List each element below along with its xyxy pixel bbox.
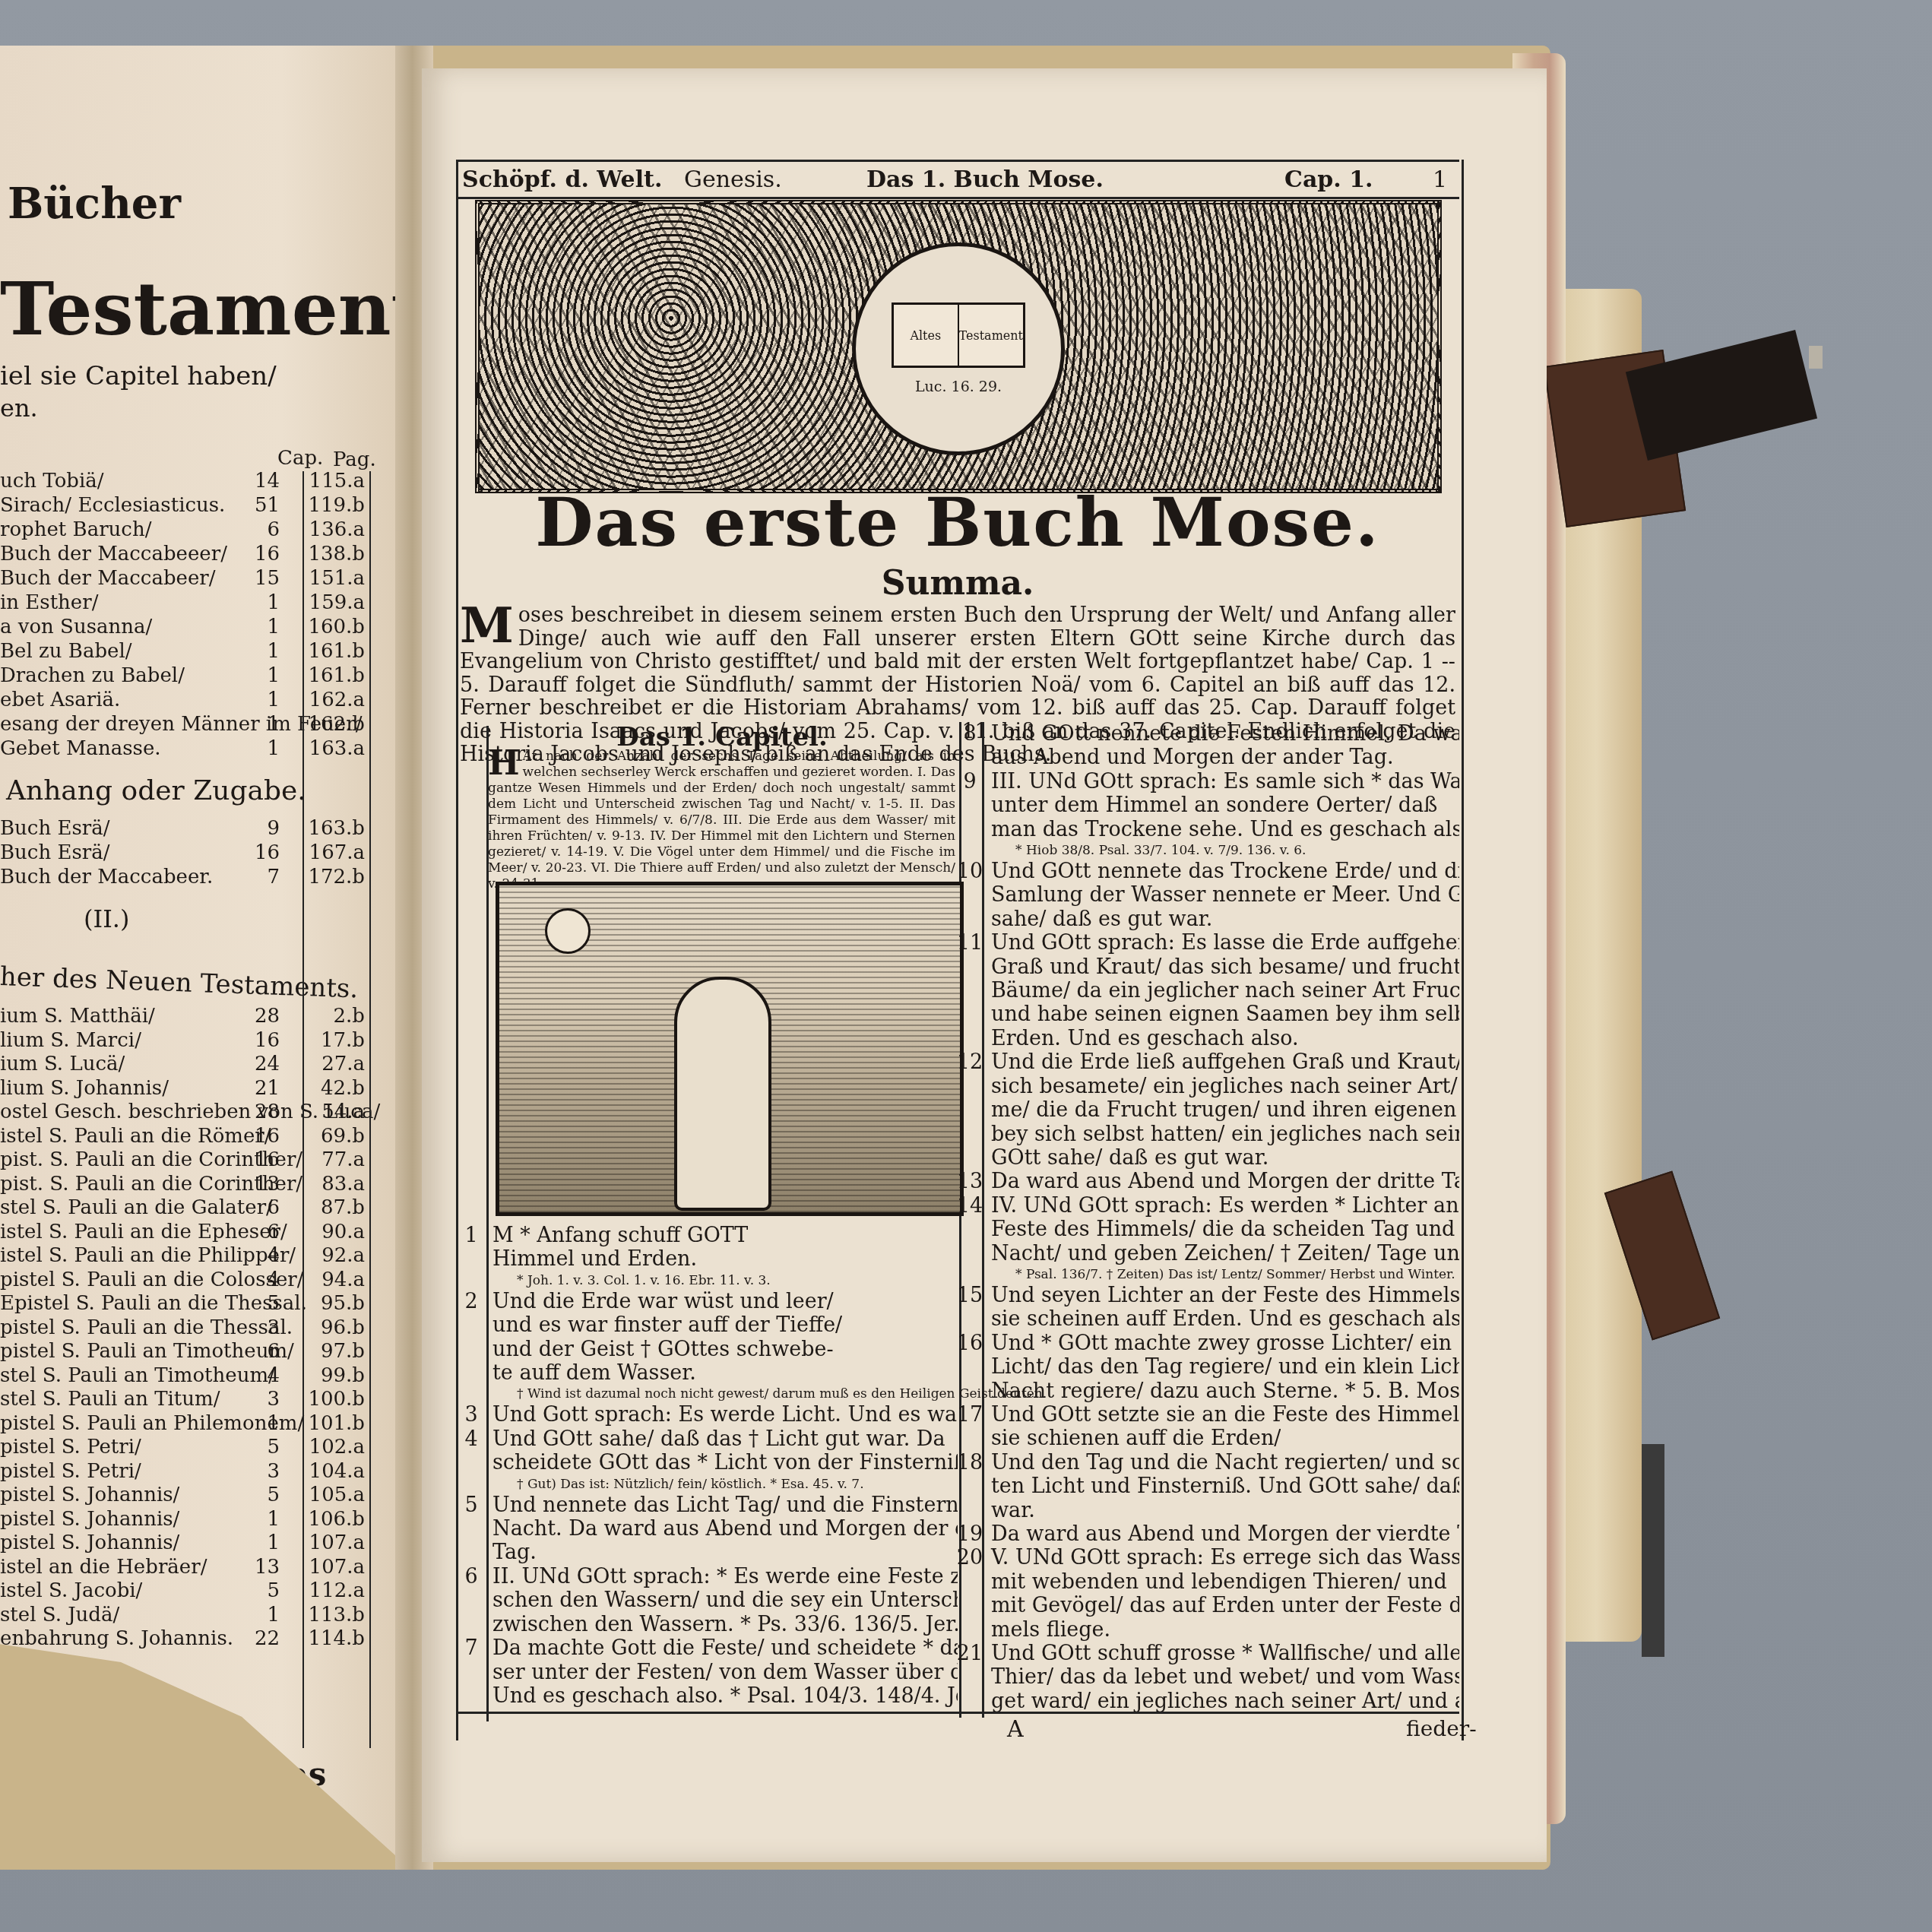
toc-chapter-count: 22 [255, 1627, 280, 1650]
verse-number [955, 1379, 985, 1403]
toc-row: Sirach/ Ecclesiasticus.51119.b [0, 494, 365, 518]
verse-line: 10Und GOtt nennete das Trockene Erde/ un… [955, 860, 1459, 883]
toc-chapter-count: 13 [255, 1556, 280, 1579]
toc-row: pistel S. Petri/3104.a [0, 1460, 365, 1484]
toc-row: pistel S. Petri/5102.a [0, 1436, 365, 1460]
verse-text: unter dem Himmel an sondere Oerter/ daß [985, 793, 1437, 817]
verse-number [955, 1499, 985, 1522]
toc-page-ref: 113.b [289, 1604, 365, 1626]
toc-row: a von Susanna/1160.b [0, 616, 365, 640]
toc-chapter-count: 4 [267, 1268, 280, 1291]
toc-page-ref: 163.b [289, 817, 365, 840]
verse-footnote: * Hiob 38/8. Psal. 33/7. 104. v. 7/9. 13… [955, 841, 1459, 860]
toc-book-name: pistel S. Pauli an die Colosser/ [0, 1268, 304, 1291]
toc-book-name: stel S. Pauli an Titum/ [0, 1388, 220, 1411]
toc-chapter-count: 6 [267, 1196, 280, 1219]
verse-text: mit Gevögel/ das auf Erden unter der Fes… [985, 1594, 1459, 1617]
toc-row: stel S. Pauli an Timotheum/499.b [0, 1364, 365, 1389]
verse-line: Thier/ das da lebet und webet/ und vom W… [955, 1665, 1459, 1689]
running-head-latin: Genesis. [684, 166, 782, 193]
medallion: Altes Testament Luc. 16. 29. [852, 242, 1065, 455]
toc-book-name: pistel S. Petri/ [0, 1436, 141, 1459]
verse-number: 16 [955, 1332, 985, 1355]
verse-text: get ward/ ein jegliches nach seiner Art/… [985, 1690, 1459, 1713]
toc-chapter-count: 4 [267, 1244, 280, 1267]
verse-number [955, 1427, 985, 1450]
verse-line: sie scheinen auff Erden. Und es geschach… [955, 1307, 1459, 1331]
verse-number [955, 1665, 985, 1689]
verse-number: 5 [456, 1493, 486, 1517]
toc-page-ref: 94.a [289, 1268, 365, 1291]
toc-book-name: Buch Esrä/ [0, 817, 109, 840]
toc-chapter-count: 1 [267, 640, 280, 663]
verse-number [955, 841, 985, 860]
toc-book-name: pistel S. Petri/ [0, 1460, 141, 1483]
toc-row: ebet Asariä.1162.a [0, 689, 365, 713]
lower-clasp-strap [1642, 1444, 1664, 1657]
toc-row: stel S. Pauli an Titum/3100.b [0, 1388, 365, 1412]
running-head-topic: Schöpf. d. Welt. [462, 166, 662, 193]
toc-chapter-count: 16 [255, 1029, 280, 1052]
open-book-icon: Altes Testament [892, 302, 1025, 368]
verse-text: te auff dem Wasser. [486, 1361, 696, 1385]
toc-heading-top: Bücher [8, 179, 181, 229]
verse-line: Nacht regiere/ dazu auch Sterne. * 5. B.… [955, 1379, 1459, 1403]
verse-line: und habe seinen eignen Saamen bey ihm se… [955, 1002, 1459, 1026]
toc-chapter-count: 1 [267, 1604, 280, 1626]
verse-footnote: * Psal. 136/7. † Zeiten) Das ist/ Lentz/… [955, 1265, 1459, 1284]
verse-line: 1M * Anfang schuff GOTT [456, 1224, 958, 1247]
toc-book-name: uch Tobiä/ [0, 470, 104, 493]
verse-line: GOtt sahe/ daß es gut war. [955, 1146, 1459, 1170]
verse-number [456, 1684, 486, 1708]
toc-chapter-count: 5 [267, 1484, 280, 1506]
toc-subheading-2: en. [0, 394, 38, 423]
verse-line: und es war finster auff der Tieffe/ [456, 1313, 958, 1337]
verse-number: 2 [456, 1290, 486, 1313]
toc-row: stel S. Judä/1113.b [0, 1604, 365, 1628]
toc-chapter-count: 1 [267, 664, 280, 687]
toc-page-ref: 92.a [289, 1244, 365, 1267]
running-head: Schöpf. d. Welt. Genesis. Das 1. Buch Mo… [456, 160, 1459, 199]
toc-chapter-count: 9 [267, 817, 280, 840]
verse-text: Und GOtt sahe/ daß das † Licht gut war. … [486, 1427, 945, 1451]
verse-line: sahe/ daß es gut war. [955, 907, 1459, 931]
verse-number: 13 [955, 1170, 985, 1193]
toc-page-ref: 102.a [289, 1436, 365, 1459]
verse-number [456, 1613, 486, 1636]
toc-book-name: Buch der Maccabeer. [0, 866, 213, 888]
toc-book-name: pistel S. Johannis/ [0, 1508, 179, 1531]
toc-page-ref: 42.b [289, 1077, 365, 1100]
creation-woodcut-illustration [496, 882, 964, 1216]
verse-text: Und Gott sprach: Es werde Licht. Und es … [486, 1403, 958, 1427]
verse-text: Thier/ das da lebet und webet/ und vom W… [985, 1665, 1459, 1689]
verse-text: zwischen den Wassern. * Ps. 33/6. 136/5.… [486, 1613, 958, 1636]
verse-line: 16Und * GOtt machte zwey grosse Lichter/… [955, 1332, 1459, 1355]
verse-number [955, 1690, 985, 1713]
toc-chapter-count: 6 [267, 1340, 280, 1363]
verse-text: * Psal. 136/7. † Zeiten) Das ist/ Lentz/… [985, 1265, 1455, 1284]
toc-row: pistel S. Johannis/1106.b [0, 1508, 365, 1532]
toc-book-name: pistel S. Pauli an Philemonem/ [0, 1412, 304, 1435]
toc-row: istel S. Pauli an die Philipper/492.a [0, 1244, 365, 1268]
verse-text: Und die Erde ließ auffgehen Graß und Kra… [985, 1050, 1459, 1074]
toc-book-name: pistel S. Pauli an die Thessal. [0, 1316, 293, 1339]
verse-text: Und den Tag und die Nacht regierten/ und… [985, 1451, 1459, 1474]
toc-page-ref: 77.a [289, 1148, 365, 1171]
verse-line: zwischen den Wassern. * Ps. 33/6. 136/5.… [456, 1613, 958, 1636]
pag-column-header: Pag. [333, 448, 376, 471]
toc-page-ref: 162.b [289, 713, 365, 736]
verse-line: 4Und GOtt sahe/ daß das † Licht gut war.… [456, 1427, 958, 1451]
verse-number [456, 1588, 486, 1612]
toc-book-name: a von Susanna/ [0, 616, 152, 638]
verse-number [955, 818, 985, 841]
verse-line: schen den Wassern/ und die sey ein Unter… [456, 1588, 958, 1612]
verse-line: 13Da ward aus Abend und Morgen der dritt… [955, 1170, 1459, 1193]
running-head-chapter: Cap. 1. [1284, 166, 1373, 193]
toc-book-name: ium S. Lucä/ [0, 1053, 125, 1075]
verse-text: Samlung der Wasser nennete er Meer. Und … [985, 883, 1459, 907]
verse-footnote: * Joh. 1. v. 3. Col. 1. v. 16. Ebr. 11. … [456, 1272, 958, 1290]
toc-page-ref: 87.b [289, 1196, 365, 1219]
toc-book-name: Buch der Maccabeer/ [0, 567, 216, 590]
toc-chapter-count: 28 [255, 1005, 280, 1028]
verse-number [955, 1027, 985, 1050]
verse-text: Und GOtt schuff grosse * Wallfische/ und… [985, 1642, 1459, 1665]
toc-row: stel S. Pauli an die Galater/687.b [0, 1196, 365, 1221]
verse-number [456, 1475, 486, 1493]
verse-line: Graß und Kraut/ das sich besame/ und fru… [955, 955, 1459, 979]
toc-page-ref: 115.a [289, 470, 365, 493]
toc-chapter-count: 1 [267, 591, 280, 614]
toc-row: ium S. Matthäi/282.b [0, 1005, 365, 1029]
toc-chapter-count: 16 [255, 841, 280, 864]
verse-line: man das Trockene sehe. Und es geschach a… [955, 818, 1459, 841]
verse-number [456, 1313, 486, 1337]
toc-row: pistel S. Johannis/5105.a [0, 1484, 365, 1508]
verse-text: GOtt sahe/ daß es gut war. [985, 1146, 1268, 1170]
toc-book-name: Sirach/ Ecclesiasticus. [0, 494, 225, 517]
book-right-text: Testament [959, 305, 1023, 366]
verse-text: Nacht/ und geben Zeichen/ † Zeiten/ Tage… [985, 1242, 1459, 1265]
toc-page-ref: 160.b [289, 616, 365, 638]
verse-number [456, 1451, 486, 1474]
verse-text: mels fliege. [985, 1618, 1110, 1642]
verse-number [456, 1541, 486, 1564]
toc-page-ref: 138.b [289, 543, 365, 565]
verse-line: sie schienen auff die Erden/ [955, 1427, 1459, 1450]
toc-book-name: ebet Asariä. [0, 689, 120, 711]
toc-chapter-count: 5 [267, 1292, 280, 1315]
toc-page-ref: 90.a [289, 1221, 365, 1243]
toc-page-ref: 151.a [289, 567, 365, 590]
verse-number: 4 [456, 1427, 486, 1451]
toc-chapter-count: 3 [267, 1388, 280, 1411]
verse-line: mels fliege. [955, 1618, 1459, 1642]
toc-page-ref: 54.a [289, 1101, 365, 1123]
verse-text: M * Anfang schuff GOTT [486, 1224, 748, 1247]
toc-row: Bel zu Babel/1161.b [0, 640, 365, 664]
verse-number: 15 [955, 1284, 985, 1307]
toc-book-name: Buch der Maccabeeer/ [0, 543, 227, 565]
toc-book-name: in Esther/ [0, 591, 98, 614]
toc-row: rophet Baruch/6136.a [0, 518, 365, 543]
verse-number: 21 [955, 1642, 985, 1665]
toc-row: Epistel S. Pauli an die Thessal.595.b [0, 1292, 365, 1316]
verse-text: mit webenden und lebendigen Thieren/ und [985, 1570, 1447, 1594]
verse-text: Und es geschach also. * Psal. 104/3. 148… [486, 1684, 958, 1708]
toc-chapter-count: 1 [267, 1531, 280, 1554]
verse-text: Und GOtt sprach: Es lasse die Erde auffg… [985, 931, 1459, 955]
verse-line: Bäume/ da ein jeglicher nach seiner Art … [955, 979, 1459, 1002]
toc-page-ref: 162.a [289, 689, 365, 711]
verse-text: Und nennete das Licht Tag/ und die Finst… [486, 1493, 958, 1517]
toc-page-ref: 114.b [289, 1627, 365, 1650]
page-number: 1 [1433, 166, 1447, 193]
verse-text: Licht/ das den Tag regiere/ und ein klei… [985, 1355, 1459, 1379]
verse-line: Licht/ das den Tag regiere/ und ein klei… [955, 1355, 1459, 1379]
toc-book-name: stel S. Pauli an die Galater/ [0, 1196, 273, 1219]
verse-line: ser unter der Festen/ von dem Wasser übe… [456, 1661, 958, 1684]
toc-page-ref: 159.a [289, 591, 365, 614]
verse-line: 12Und die Erde ließ auffgehen Graß und K… [955, 1050, 1459, 1074]
toc-page-ref: 167.a [289, 841, 365, 864]
verse-text: Tag. [486, 1541, 537, 1564]
verse-text: * Hiob 38/8. Psal. 33/7. 104. v. 7/9. 13… [985, 841, 1306, 860]
toc-book-name: pistel S. Pauli an Timotheum/ [0, 1340, 294, 1363]
toc-book-name: istel S. Pauli an die Philipper/ [0, 1244, 296, 1267]
chapter-summary-dropcap: H [488, 749, 520, 779]
toc-chapter-count: 16 [255, 543, 280, 565]
toc-row: in Esther/1159.a [0, 591, 365, 616]
verse-line: 17Und GOtt setzte sie an die Feste des H… [955, 1403, 1459, 1427]
toc-page-ref: 161.b [289, 640, 365, 663]
toc-subheading: iel sie Capitel haben/ [0, 361, 277, 391]
toc-row: uch Tobiä/14115.a [0, 470, 365, 494]
verse-text: man das Trockene sehe. Und es geschach a… [985, 818, 1459, 841]
toc-row: pistel S. Pauli an die Thessal.396.b [0, 1316, 365, 1341]
verse-text: Und GOtt nennete das Trockene Erde/ und … [985, 860, 1459, 883]
verse-text: Erden. Und es geschach also. [985, 1027, 1299, 1050]
toc-row: Buch Esrä/9163.b [0, 817, 365, 841]
verse-number [456, 1247, 486, 1271]
verse-number [456, 1661, 486, 1684]
toc-row: ostel Gesch. beschrieben von S. Luca/285… [0, 1101, 365, 1125]
verse-text: V. UNd GOtt sprach: Es errege sich das W… [985, 1546, 1459, 1569]
verse-line: 19Da ward aus Abend und Morgen der vierd… [955, 1522, 1459, 1546]
verse-text: und habe seinen eignen Saamen bey ihm se… [985, 1002, 1459, 1026]
verse-line: 15Und seyen Lichter an der Feste des Him… [955, 1284, 1459, 1307]
toc-page-ref: 106.b [289, 1508, 365, 1531]
verses-right-column: 8Und GOtt nennete die Festen Himmel. Da … [955, 722, 1459, 1713]
verse-line: mit webenden und lebendigen Thieren/ und [955, 1570, 1459, 1594]
verse-number [955, 1123, 985, 1146]
verse-line: Nacht/ und geben Zeichen/ † Zeiten/ Tage… [955, 1242, 1459, 1265]
verse-line: 11Und GOtt sprach: Es lasse die Erde auf… [955, 931, 1459, 955]
toc-row: pist. S. Pauli an die Corinther/1383.a [0, 1173, 365, 1197]
verse-line: 9III. UNd GOtt sprach: Es samle sich * d… [955, 770, 1459, 793]
verse-text: Da ward aus Abend und Morgen der dritte … [985, 1170, 1459, 1193]
toc-book-name: istel an die Hebräer/ [0, 1556, 207, 1579]
toc-page-ref: 99.b [289, 1364, 365, 1387]
toc-book-name: pistel S. Johannis/ [0, 1531, 179, 1554]
verse-number [456, 1272, 486, 1290]
verse-number [955, 1265, 985, 1284]
verse-number [955, 793, 985, 817]
verse-number: 12 [955, 1050, 985, 1074]
verse-text: Feste des Himmels/ die da scheiden Tag u… [985, 1218, 1455, 1241]
verse-number [955, 1242, 985, 1265]
verse-number [955, 1098, 985, 1122]
verse-line: und der Geist † GOttes schwebe- [456, 1338, 958, 1361]
toc-chapter-count: 16 [255, 1148, 280, 1171]
verse-line: me/ die da Frucht trugen/ und ihren eige… [955, 1098, 1459, 1122]
verse-number [955, 1594, 985, 1617]
toc-page-ref: 161.b [289, 664, 365, 687]
verse-line: 3Und Gott sprach: Es werde Licht. Und es… [456, 1403, 958, 1427]
toc-page-ref: 17.b [289, 1029, 365, 1052]
verse-text: bey sich selbst hatten/ ein jegliches na… [985, 1123, 1459, 1146]
toc-page-ref: 27.a [289, 1053, 365, 1075]
verse-number [955, 746, 985, 769]
toc-page-ref: 83.a [289, 1173, 365, 1196]
toc-book-name: Bel zu Babel/ [0, 640, 132, 663]
verse-text: Bäume/ da ein jeglicher nach seiner Art … [985, 979, 1459, 1002]
toc-book-name: pistel S. Johannis/ [0, 1484, 179, 1506]
toc-row: Gebet Manasse.1163.a [0, 737, 365, 762]
verse-text: Graß und Kraut/ das sich besame/ und fru… [985, 955, 1459, 979]
verse-line: 18Und den Tag und die Nacht regierten/ u… [955, 1451, 1459, 1474]
chapter-summary: HAt nach der Anzahl der sechs Tage seine… [488, 749, 955, 892]
verse-number: 7 [456, 1636, 486, 1660]
verse-number [955, 1002, 985, 1026]
verse-number [456, 1517, 486, 1541]
verse-line: Und es geschach also. * Psal. 104/3. 148… [456, 1684, 958, 1708]
verse-number: 11 [955, 931, 985, 955]
verse-line: 2Und die Erde war wüst und leer/ [456, 1290, 958, 1313]
toc-page-ref: 119.b [289, 494, 365, 517]
toc-page-ref: 100.b [289, 1388, 365, 1411]
verse-text: Nacht. Da ward aus Abend und Morgen der … [486, 1517, 958, 1541]
toc-row: lium S. Johannis/2142.b [0, 1077, 365, 1101]
verse-number: 18 [955, 1451, 985, 1474]
toc-chapter-count: 6 [267, 1221, 280, 1243]
verse-number [456, 1361, 486, 1385]
verse-number: 8 [955, 722, 985, 746]
verse-number [955, 1307, 985, 1331]
toc-book-name: stel S. Pauli an Timotheum/ [0, 1364, 275, 1387]
toc-chapter-count: 3 [267, 1460, 280, 1483]
toc-book-name: istel S. Pauli an die Römer/ [0, 1125, 271, 1148]
toc-page-ref: 163.a [289, 737, 365, 760]
verse-number: 6 [456, 1565, 486, 1588]
toc-chapter-count: 1 [267, 689, 280, 711]
verse-text: Und GOtt setzte sie an die Feste des Him… [985, 1403, 1459, 1427]
verse-line: Feste des Himmels/ die da scheiden Tag u… [955, 1218, 1459, 1241]
toc-row: Buch der Maccabeeer/16138.b [0, 543, 365, 567]
toc-row: ium S. Lucä/2427.a [0, 1053, 365, 1077]
verse-text: † Gut) Das ist: Nützlich/ fein/ köstlich… [486, 1475, 864, 1493]
toc-row: lium S. Marci/1617.b [0, 1029, 365, 1053]
verse-line: 20V. UNd GOtt sprach: Es errege sich das… [955, 1546, 1459, 1569]
verse-text: Und seyen Lichter an der Feste des Himme… [985, 1284, 1459, 1307]
cap-column-header: Cap. [277, 447, 323, 470]
verse-line: Erden. Und es geschach also. [955, 1027, 1459, 1050]
toc-chapter-count: 4 [267, 1364, 280, 1387]
toc-page-ref: 97.b [289, 1340, 365, 1363]
verse-text: und es war finster auff der Tieffe/ [486, 1313, 842, 1337]
toc-chapter-count: 5 [267, 1436, 280, 1459]
verse-text: me/ die da Frucht trugen/ und ihren eige… [985, 1098, 1459, 1122]
toc-chapter-count: 1 [267, 713, 280, 736]
verse-number [955, 1075, 985, 1098]
verse-text: IV. UNd GOtt sprach: Es werden * Lichter… [985, 1194, 1459, 1218]
verse-text: sich besamete/ ein jegliches nach seiner… [985, 1075, 1459, 1098]
toc-chapter-count: 24 [255, 1053, 280, 1075]
verse-line: 14IV. UNd GOtt sprach: Es werden * Licht… [955, 1194, 1459, 1218]
toc-chapter-count: 1 [267, 1412, 280, 1435]
verse-line: Samlung der Wasser nennete er Meer. Und … [955, 883, 1459, 907]
verse-number [955, 1618, 985, 1642]
toc-chapter-count: 28 [255, 1101, 280, 1123]
toc-page-ref: 95.b [289, 1292, 365, 1315]
verse-number: 20 [955, 1546, 985, 1569]
toc-row: enbahrung S. Johannis.22114.b [0, 1627, 365, 1652]
toc-row: Buch der Maccabeer.7172.b [0, 866, 365, 890]
toc-chapter-count: 1 [267, 737, 280, 760]
verse-text: III. UNd GOtt sprach: Es samle sich * da… [985, 770, 1459, 793]
toc-row: pistel S. Johannis/1107.a [0, 1531, 365, 1556]
toc-page-ref: 96.b [289, 1316, 365, 1339]
verses-left-column: 1M * Anfang schuff GOTTHimmel und Erden.… [456, 1224, 958, 1708]
toc-page-ref: 172.b [289, 866, 365, 888]
appendix-heading: Anhang oder Zugabe. [6, 775, 306, 806]
verse-text: aus Abend und Morgen der ander Tag. [985, 746, 1394, 769]
book-left-text: Altes [894, 305, 959, 366]
verse-number [955, 907, 985, 931]
summa-title: Summa. [456, 564, 1459, 603]
toc-row: Buch der Maccabeer/15151.a [0, 567, 365, 591]
toc-chapter-count: 6 [267, 518, 280, 541]
toc-chapter-count: 7 [267, 866, 280, 888]
toc-page-ref: 107.a [289, 1531, 365, 1554]
toc-chapter-count: 3 [267, 1316, 280, 1339]
toc-page-ref: 69.b [289, 1125, 365, 1148]
verse-text: Und GOtt nennete die Festen Himmel. Da w… [985, 722, 1459, 746]
toc-chapter-count: 16 [255, 1125, 280, 1148]
verse-line: te auff dem Wasser. [456, 1361, 958, 1385]
verse-line: ten Licht und Finsterniß. Und GOtt sahe/… [955, 1474, 1459, 1498]
toc-book-name: lium S. Marci/ [0, 1029, 141, 1052]
verse-line: scheidete GOtt das * Licht von der Finst… [456, 1451, 958, 1474]
toc-chapter-count: 15 [255, 567, 280, 590]
verse-number: 3 [456, 1403, 486, 1427]
verse-line: 5Und nennete das Licht Tag/ und die Fins… [456, 1493, 958, 1517]
god-figure-illustration [674, 977, 771, 1211]
summa-dropcap: M [460, 604, 514, 648]
toc-page-ref: 104.a [289, 1460, 365, 1483]
toc-book-name: enbahrung S. Johannis. [0, 1627, 233, 1650]
verse-line: sich besamete/ ein jegliches nach seiner… [955, 1075, 1459, 1098]
left-page: Bücher Testaments/ iel sie Capitel haben… [0, 46, 403, 1862]
toc-page-ref: 105.a [289, 1484, 365, 1506]
toc-row: pistel S. Pauli an Timotheum/697.b [0, 1340, 365, 1364]
verse-number: 17 [955, 1403, 985, 1427]
verse-text: sahe/ daß es gut war. [985, 907, 1212, 931]
verse-footnote: † Gut) Das ist: Nützlich/ fein/ köstlich… [456, 1475, 958, 1493]
